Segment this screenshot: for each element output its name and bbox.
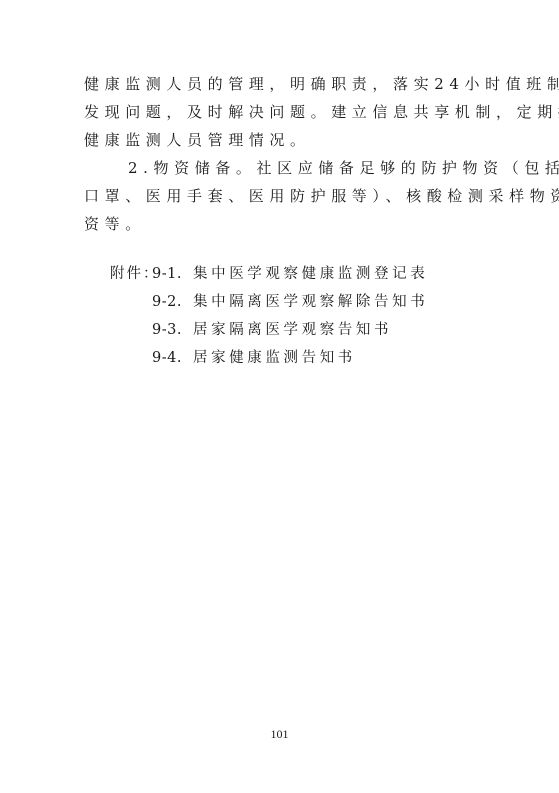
- attachment-number: 9-3.: [152, 316, 182, 344]
- attachment-title: 集中医学观察健康监测登记表: [193, 260, 428, 288]
- attachment-title: 居家健康监测告知书: [193, 344, 356, 372]
- paragraph-line: 健康监测人员的管理，明确职责，落实24小时值班制度，及时: [84, 70, 484, 98]
- page-number: 101: [0, 727, 559, 742]
- attachment-number: 9-1.: [152, 260, 182, 288]
- attachments-list: 附件： 9-1. 集中医学观察健康监测登记表 9-2. 集中隔离医学观察解除告知…: [110, 260, 490, 372]
- document-page: 健康监测人员的管理，明确职责，落实24小时值班制度，及时 发现问题，及时解决问题…: [0, 0, 559, 793]
- attachment-number: 9-4.: [152, 344, 182, 372]
- attachment-item: 9-4. 居家健康监测告知书: [110, 344, 490, 372]
- paragraph-line: 口罩、医用手套、医用防护服等）、核酸检测采样物资和消毒物: [84, 182, 484, 210]
- attachment-title: 集中隔离医学观察解除告知书: [193, 288, 428, 316]
- attachment-item: 9-3. 居家隔离医学观察告知书: [110, 316, 490, 344]
- attachment-item: 9-2. 集中隔离医学观察解除告知书: [110, 288, 490, 316]
- attachment-item: 附件： 9-1. 集中医学观察健康监测登记表: [110, 260, 490, 288]
- paragraph-line: 2.物资储备。社区应储备足够的防护物资（包括各级别的: [84, 154, 484, 182]
- attachment-number: 9-2.: [152, 288, 182, 316]
- paragraph-line: 健康监测人员管理情况。: [84, 126, 484, 154]
- attachment-title: 居家隔离医学观察告知书: [193, 316, 392, 344]
- paragraph-line: 资等。: [84, 210, 484, 238]
- paragraph-line: 发现问题，及时解决问题。建立信息共享机制，定期报告居家: [84, 98, 484, 126]
- body-text: 健康监测人员的管理，明确职责，落实24小时值班制度，及时 发现问题，及时解决问题…: [84, 70, 484, 238]
